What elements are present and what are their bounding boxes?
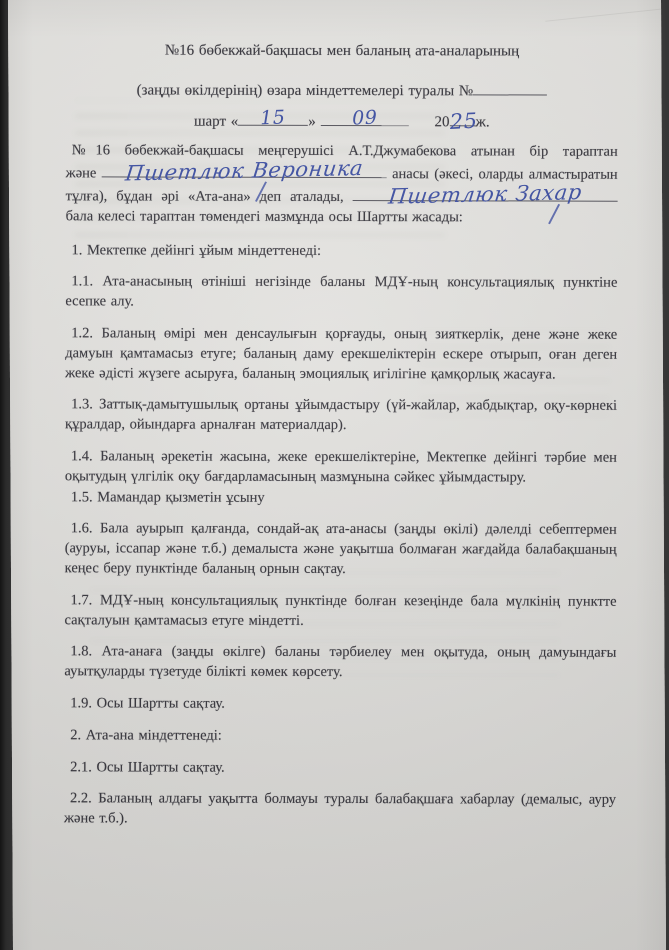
month-blank: 09 bbox=[321, 110, 409, 126]
handwritten-child-name: Пшетлюк Захар bbox=[351, 182, 619, 208]
clause-1-1: 1.1. Ата-анасының өтініші негізінде бала… bbox=[65, 273, 617, 314]
close-quote: » bbox=[308, 114, 316, 130]
handwritten-year: 25 bbox=[449, 111, 476, 132]
day-blank: 15 bbox=[238, 109, 308, 125]
handwritten-month: 09 bbox=[320, 107, 409, 130]
paper-crease bbox=[545, 7, 669, 22]
intro-conjunction: және bbox=[66, 165, 97, 181]
title-line-2-text: (заңды өкілдерінің) өзара міндеттемелері… bbox=[137, 82, 474, 99]
paper-sheet: №16 бөбекжай-бақшасы мен баланың ата-ана… bbox=[0, 0, 669, 950]
clause-1-5: 1.5. Мамандар қызметін ұсыну bbox=[65, 488, 617, 509]
clause-2-1: 2.1. Осы Шартты сақтау. bbox=[64, 758, 616, 779]
clause-2-2: 2.2. Баланың алдағы уақытта болмауы тура… bbox=[64, 790, 616, 831]
handwritten-day: 15 bbox=[238, 107, 309, 129]
clause-1-8: 1.8. Ата-анаға (заңды өкілге) баланы тәр… bbox=[64, 643, 616, 684]
contract-number-blank bbox=[473, 79, 547, 95]
intro-paragraph: және Пшетлюк Вероника анасы (әкесі, олар… bbox=[66, 161, 618, 228]
clause-1-2: 1.2. Баланың өмірі мен денсаулығын қорға… bbox=[65, 324, 617, 385]
handwritten-parent-name: Пшетлюк Вероника bbox=[100, 159, 388, 185]
title-line-1: №16 бөбекжай-бақшасы мен баланың ата-ана… bbox=[66, 41, 618, 62]
date-word: шарт bbox=[194, 113, 226, 129]
intro-text-after-child: бала келесі тараптан төмендегі мазмұнда … bbox=[66, 208, 463, 225]
clause-1-4: 1.4. Баланың әрекетін жасына, жеке ерекш… bbox=[65, 447, 617, 488]
title-line-2: (заңды өкілдерінің) өзара міндеттемелері… bbox=[66, 78, 618, 102]
parent-name-field: Пшетлюк Вероника bbox=[102, 162, 387, 179]
child-name-field: Пшетлюк Захар bbox=[353, 185, 618, 202]
clause-2: 2. Ата-ана міндеттенеді: bbox=[64, 726, 616, 747]
year-century: 20 bbox=[435, 114, 450, 130]
clause-1: 1. Мектепке дейінгі ұйым міндеттенеді: bbox=[65, 241, 617, 262]
clause-list: 1. Мектепке дейінгі ұйым міндеттенеді: 1… bbox=[64, 241, 618, 831]
clause-1-7: 1.7. МДҰ-ның консультациялық пунктінде б… bbox=[64, 591, 616, 632]
clause-1-3: 1.3. Заттық-дамытушылық ортаны ұйымдасты… bbox=[65, 396, 617, 437]
date-line: шарт «15» 092025ж. bbox=[66, 109, 618, 133]
year-blank: 25 bbox=[450, 110, 476, 126]
document-content: №16 бөбекжай-бақшасы мен баланың ата-ана… bbox=[64, 41, 618, 830]
clause-1-9: 1.9. Осы Шартты сақтау. bbox=[64, 694, 616, 715]
photo-background: №16 бөбекжай-бақшасы мен баланың ата-ана… bbox=[0, 0, 669, 950]
clause-1-6: 1.6. Бала ауырып қалғанда, сондай-ақ ата… bbox=[65, 520, 617, 581]
